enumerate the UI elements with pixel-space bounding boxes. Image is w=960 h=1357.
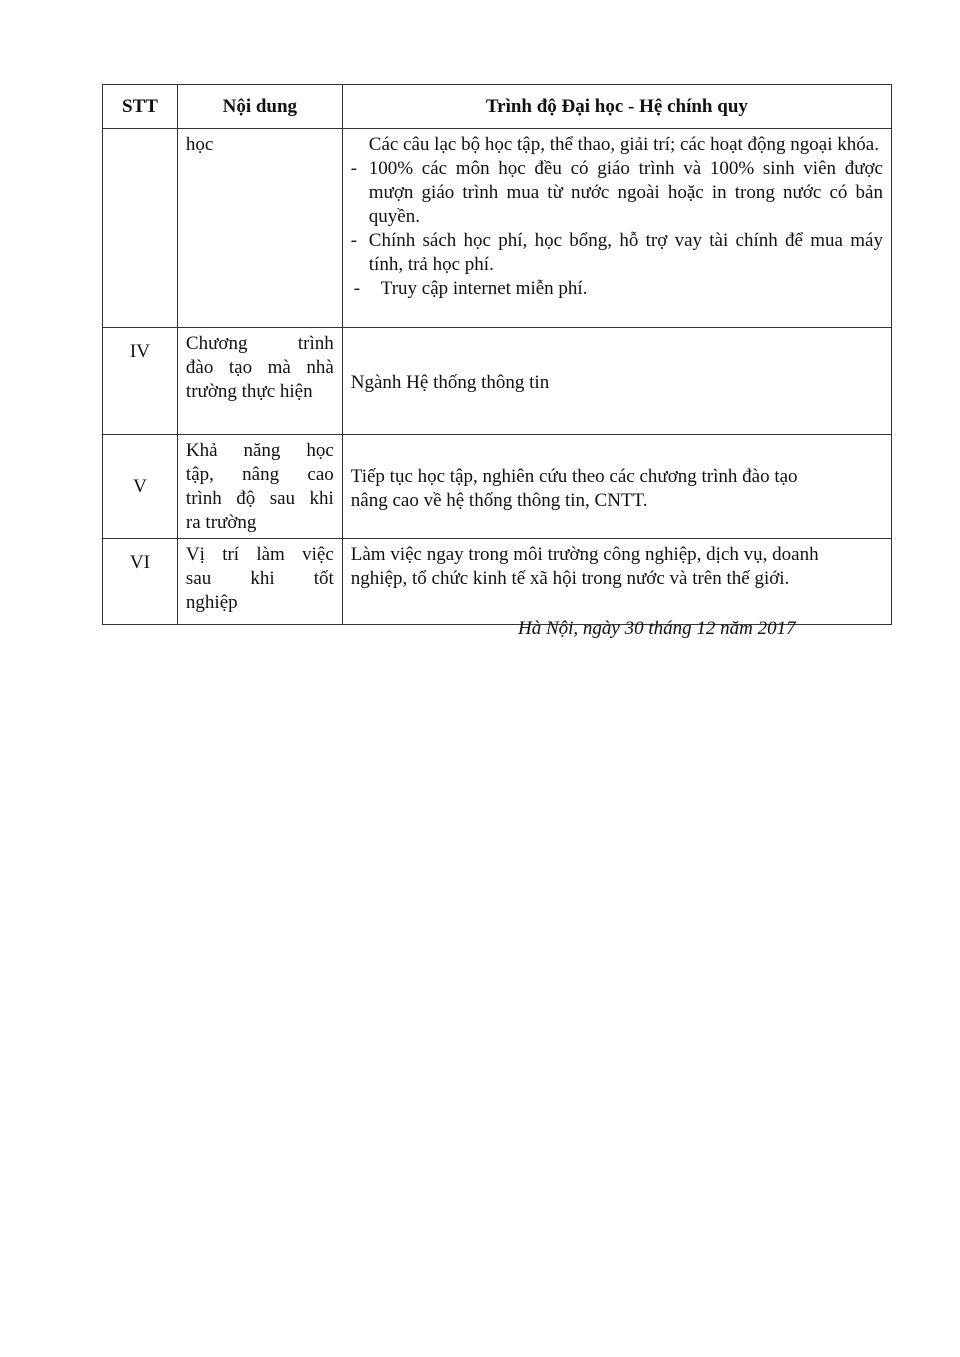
row-stt: IV xyxy=(103,328,178,435)
row-content: Ngành Hệ thống thông tin xyxy=(342,328,891,435)
list-item-text: 100% các môn học đều có giáo trình và 10… xyxy=(369,158,883,227)
row-stt: V xyxy=(103,435,178,539)
list-item-text: Truy cập internet miễn phí. xyxy=(369,277,588,301)
noi-dung-line: học xyxy=(186,133,334,157)
header-trinh-do: Trình độ Đại học - Hệ chính quy xyxy=(342,85,891,129)
content-line: Làm việc ngay trong môi trường công nghi… xyxy=(351,543,883,567)
noi-dung-line: trình độ sau khi xyxy=(186,487,334,511)
content-list: Các câu lạc bộ học tập, thể thao, giải t… xyxy=(351,133,883,301)
dash-bullet-icon: - xyxy=(351,229,357,253)
row-content: Làm việc ngay trong môi trường công nghi… xyxy=(342,539,891,625)
content-line: nghiệp, tổ chức kinh tế xã hội trong nướ… xyxy=(351,567,883,591)
table-row: IV Chương trình đào tạo mà nhà trường th… xyxy=(103,328,892,435)
list-item: - Chính sách học phí, học bổng, hỗ trợ v… xyxy=(351,229,883,277)
place-date-signature: Hà Nội, ngày 30 tháng 12 năm 2017 xyxy=(518,617,796,641)
noi-dung-line: đào tạo mà nhà xyxy=(186,356,334,380)
noi-dung-line: trường thực hiện xyxy=(186,380,334,404)
row-content: Tiếp tục học tập, nghiên cứu theo các ch… xyxy=(342,435,891,539)
table-row: VI Vị trí làm việc sau khi tốt nghiệp Là… xyxy=(103,539,892,625)
row-noi-dung: Chương trình đào tạo mà nhà trường thực … xyxy=(177,328,342,435)
row-noi-dung: học xyxy=(177,129,342,328)
row-stt: VI xyxy=(103,539,178,625)
list-item: - 100% các môn học đều có giáo trình và … xyxy=(351,157,883,229)
dash-bullet-icon: - xyxy=(354,277,360,301)
program-info-table: STT Nội dung Trình độ Đại học - Hệ chính… xyxy=(102,84,892,625)
noi-dung-line: ra trường xyxy=(186,511,334,535)
noi-dung-line: sau khi tốt xyxy=(186,567,334,591)
table-row: học Các câu lạc bộ học tập, thể thao, gi… xyxy=(103,129,892,328)
row-content: Các câu lạc bộ học tập, thể thao, giải t… xyxy=(342,129,891,328)
content-line: Tiếp tục học tập, nghiên cứu theo các ch… xyxy=(351,465,883,489)
row-noi-dung: Khả năng học tập, nâng cao trình độ sau … xyxy=(177,435,342,539)
noi-dung-line: tập, nâng cao xyxy=(186,463,334,487)
table-row: V Khả năng học tập, nâng cao trình độ sa… xyxy=(103,435,892,539)
document-page: STT Nội dung Trình độ Đại học - Hệ chính… xyxy=(0,0,960,1357)
noi-dung-line: nghiệp xyxy=(186,591,334,615)
list-item-text: Chính sách học phí, học bổng, hỗ trợ vay… xyxy=(369,230,883,275)
dash-bullet-icon: - xyxy=(351,157,357,181)
header-stt: STT xyxy=(103,85,178,129)
list-item: - Truy cập internet miễn phí. xyxy=(351,277,883,301)
list-item-text: Các câu lạc bộ học tập, thể thao, giải t… xyxy=(369,134,879,155)
noi-dung-line: Vị trí làm việc xyxy=(186,543,334,567)
content-text: Ngành Hệ thống thông tin xyxy=(351,372,549,393)
list-item: Các câu lạc bộ học tập, thể thao, giải t… xyxy=(351,133,883,157)
noi-dung-line: Khả năng học xyxy=(186,439,334,463)
row-noi-dung: Vị trí làm việc sau khi tốt nghiệp xyxy=(177,539,342,625)
table-header-row: STT Nội dung Trình độ Đại học - Hệ chính… xyxy=(103,85,892,129)
noi-dung-line: Chương trình xyxy=(186,332,334,356)
header-noi-dung: Nội dung xyxy=(177,85,342,129)
content-line: nâng cao về hệ thống thông tin, CNTT. xyxy=(351,489,883,513)
row-stt xyxy=(103,129,178,328)
